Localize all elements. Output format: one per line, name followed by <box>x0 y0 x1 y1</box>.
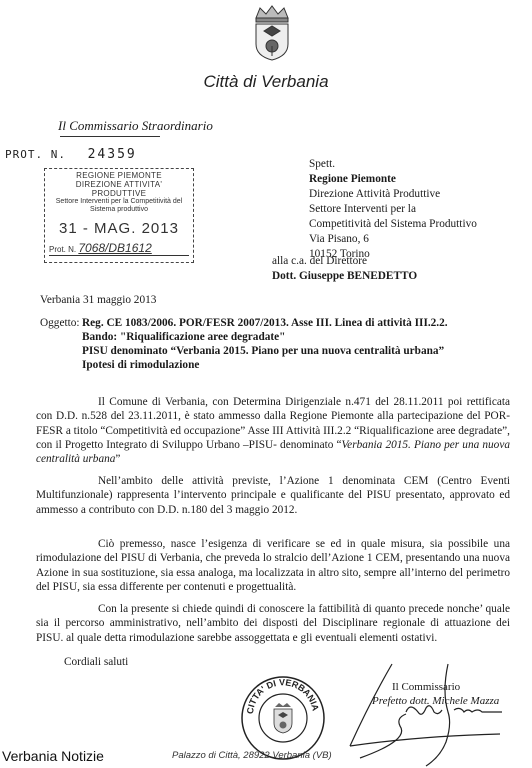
attention-label: alla c.a. del Direttore <box>272 254 417 269</box>
recipient-line-3: Competitività del Sistema Produttivo <box>309 217 477 232</box>
stamp-line-4: Sistema produttivo <box>49 206 189 214</box>
attention-block: alla c.a. del Direttore Dott. Giuseppe B… <box>272 254 417 284</box>
subject-block: Oggetto:Reg. CE 1083/2006. POR/FESR 2007… <box>40 316 520 372</box>
paragraph-4-text: Con la presente si chiede quindi di cono… <box>36 603 510 644</box>
attention-name: Dott. Giuseppe BENEDETTO <box>272 269 417 284</box>
subject-line-1: Reg. CE 1083/2006. POR/FESR 2007/2013. A… <box>82 317 448 329</box>
date-place: Verbania 31 maggio 2013 <box>40 294 156 306</box>
protocol-value: 24359 <box>88 147 137 162</box>
handwritten-signature-icon <box>330 662 530 768</box>
stamp-date: 31 - MAG. 2013 <box>49 220 189 237</box>
protocol-number: PROT. N. 24359 <box>5 147 137 162</box>
protocol-label: PROT. N. <box>5 148 66 161</box>
paragraph-1: Il Comune di Verbania, con Determina Dir… <box>36 395 510 466</box>
subject-line-2: Bando: "Riqualificazione aree degradate" <box>40 330 520 344</box>
stamp-line-3: Settore Interventi per la Competitività … <box>49 198 189 206</box>
recipient-salutation: Spett. <box>309 157 477 172</box>
office-title: Il Commissario Straordinario <box>58 118 213 134</box>
footer-address: Palazzo di Città, 28922 Verbania (VB) <box>172 750 332 761</box>
coat-of-arms-icon <box>250 4 294 62</box>
stamp-prot-label: Prot. N. <box>49 245 76 254</box>
recipient-line-1: Direzione Attività Produttive <box>309 187 477 202</box>
recipient-line-4: Via Pisano, 6 <box>309 232 477 247</box>
recipient-address: Spett. Regione Piemonte Direzione Attivi… <box>309 157 477 262</box>
stamp-prot-value: 7068/DB1612 <box>78 241 151 255</box>
source-watermark: Verbania Notizie <box>2 748 104 764</box>
paragraph-2: Nell’ambito delle attività previste, l’A… <box>36 474 510 517</box>
stamp-line-2: DIREZIONE ATTIVITA' PRODUTTIVE <box>49 180 189 198</box>
paragraph-3: Ciò premesso, nasce l’esigenza di verifi… <box>36 537 510 594</box>
paragraph-4: Con la presente si chiede quindi di cono… <box>36 602 510 645</box>
recipient-name: Regione Piemonte <box>309 172 477 187</box>
paragraph-3-text: Ciò premesso, nasce l’esigenza di verifi… <box>36 538 510 593</box>
recipient-line-2: Settore Interventi per la <box>309 202 477 217</box>
stamp-protocol: Prot. N. 7068/DB1612 <box>49 241 189 256</box>
subject-line-3: PISU denominato “Verbania 2015. Piano pe… <box>40 344 520 358</box>
paragraph-1-end: ” <box>115 453 120 465</box>
city-name: Città di Verbania <box>0 72 532 92</box>
subject-label: Oggetto: <box>40 316 82 330</box>
stamp-line-1: REGIONE PIEMONTE <box>49 171 189 180</box>
reception-stamp: REGIONE PIEMONTE DIREZIONE ATTIVITA' PRO… <box>44 168 194 263</box>
closing-salutation: Cordiali saluti <box>64 656 128 668</box>
office-title-rule <box>60 136 160 137</box>
paragraph-2-text: Nell’ambito delle attività previste, l’A… <box>36 475 510 516</box>
official-seal-icon: CITTA' DI VERBANIA <box>240 675 326 761</box>
subject-line-4: Ipotesi di rimodulazione <box>40 358 520 372</box>
